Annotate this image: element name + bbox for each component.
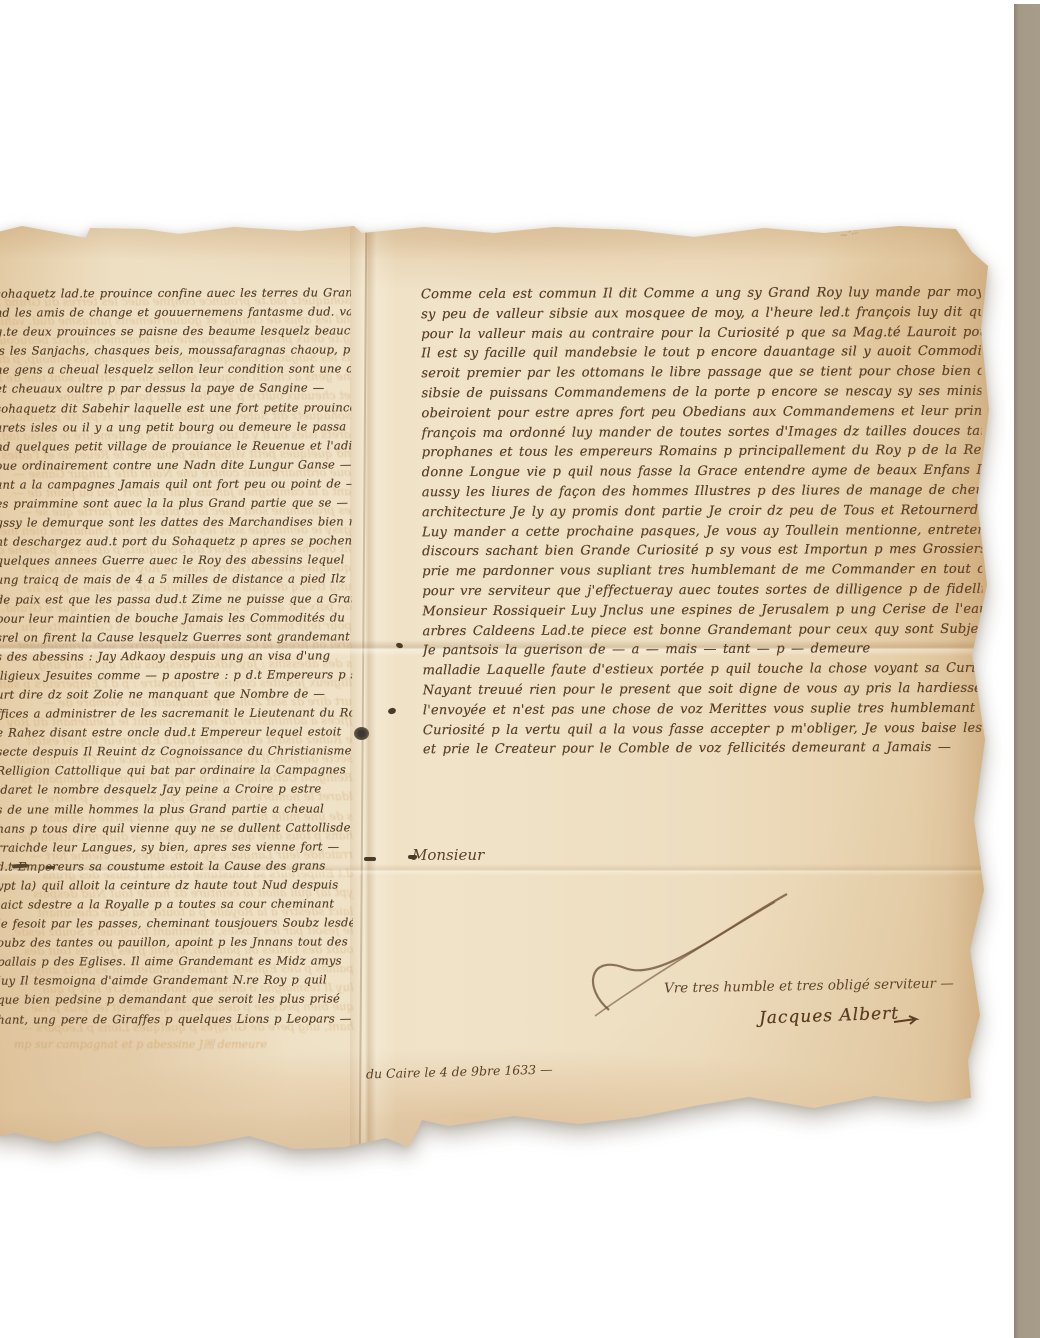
manuscript-line: Nayant treuué rien pour le present que s… [423,679,983,701]
manuscript-line: discours sachant bien Grande Curiosité p… [422,540,982,562]
left-page-text-column: sohaquetz lad.te prouince confine auec l… [0,283,353,1029]
manuscript-line: es praimmine sont auec la la plus Grand … [0,493,351,513]
manuscript-line: nd les amis de change et gouuernemens fa… [0,302,351,322]
manuscript-line: aussy les liures de façon des hommes Ill… [422,481,982,503]
manuscript-line: rraichde leur Langues, sy bien, apres se… [0,837,353,857]
manuscript-line: le fesoit par les passes, cheminant tous… [0,913,353,933]
manuscript-line: srel on firent la Cause lesquelz Guerres… [0,627,352,647]
manuscript-line: s des abessins : Jay Adkaoy despuis ung … [0,646,352,666]
manuscript-line: ne gens a cheual lesquelz sellon leur co… [0,360,351,380]
manuscript-line: pour la valleur mais au contraire pour l… [421,322,981,344]
pen-flourish-paraph [579,888,809,1018]
signature: Jacques Albert [759,1004,900,1029]
manuscript-sheet: sohaquetz lad.te prouince confine auec l… [0,0,996,1170]
manuscript-line: Monsieur Rossiqueir Luy Jnclus une espin… [422,600,982,622]
signature-flourish-arrow [892,1014,922,1028]
manuscript-line: nd quelques petit village de prouiance l… [0,436,351,456]
manuscript-line: nt deschargez aud.t port du Sohaquetz p … [0,532,352,552]
corner-pencil-marks: ~ʼ·ᵕ̈ [839,225,891,248]
manuscript-line: hant, ung pere de Giraffes p quelques Li… [0,1009,353,1029]
manuscript-line: Comme cela est commun Il dit Comme a ung… [421,283,981,305]
manuscript-line: oue ordinairement contre une Nadn dite L… [0,455,351,475]
manuscript-line: sohaquetz dit Sabehir laquelle est une f… [0,398,351,418]
manuscript-line: luy Il tesmoigna d'aimde Grandemant N.re… [0,971,353,991]
manuscript-line: ldaret le nombre desquelz Jay peine a Cr… [0,780,352,800]
manuscript-line: Curiosité p la vertu quil a la vous fass… [423,718,983,740]
ink-dash [364,857,376,861]
manuscript-line: quelques annees Guerre auec le Roy des a… [0,551,352,571]
manuscript-line: pour vre serviteur que j'effectueray aue… [422,580,982,602]
manuscript-line: arbres Caldeens Lad.te piece est bonne G… [422,619,982,641]
manuscript-line: et prie le Createur pour le Comble de vo… [423,738,983,760]
manuscript-line: donne Longue vie p quil nous fasse la Gr… [422,461,982,483]
manuscript-line: que bien pedsine p demandant que seroit … [0,990,353,1010]
manuscript-line: l'envoyée et n'est pas une chose de voz … [423,699,983,721]
manuscript-line: prie me pardonner vous supliant tres hum… [422,560,982,582]
manuscript-line: lligieux Jesuites comme — p apostre : p … [0,665,352,685]
manuscript-line: obeiroient pour estre apres fort peu Obe… [421,402,981,424]
manuscript-line: Relligion Cattollique qui bat par ordina… [0,761,352,781]
manuscript-line: de paix est que les passa dud.t Zime ne … [0,589,352,609]
manuscript-line: sohaquetz lad.te prouince confine auec l… [0,283,351,303]
manuscript-line: gssy le demurque sont les dattes des Mar… [0,513,352,533]
filing-hole [354,727,369,740]
manuscript-line: oubz des tantes ou pauillon, apoint p le… [0,933,353,953]
manuscript-line: secte despuis Il Reuint dz Cognoissance … [0,742,352,762]
manuscript-line: g.te deux prouinces se paisne des beaume… [0,322,351,342]
manuscript-line: prophanes et tous les empereurs Romains … [422,441,982,463]
manuscript-line: is les Sanjachs, chasques beis, moussafa… [0,341,351,361]
manuscript-line: s de une mille hommes la plus Grand part… [0,799,353,819]
ink-dash [46,866,55,869]
manuscript-line: Luy mander a cette prochaine pasques, Je… [422,520,982,542]
manuscript-line: ypt la) quil alloit la ceinture dz haute… [0,875,353,895]
paper-fiber [946,215,976,235]
manuscript-line: hans p tous dire quil vienne quy ne se d… [0,818,353,838]
manuscript-line: arets isles ou il y a ung petit bourg ou… [0,417,351,437]
right-page-text-column: Comme cela est commun Il dit Comme a ung… [421,283,983,761]
manuscript-line: françois ma ordonné luy mander de toutes… [422,421,982,443]
manuscript-line: et cheuaux oultre p par dessus la paye d… [0,379,351,399]
manuscript-sheet-wrapper: sohaquetz lad.te prouince confine auec l… [0,0,1040,1338]
manuscript-line: Il est sy facille quil mandebsie le tout… [421,342,981,364]
manuscript-line: ffices a administrer de les sacremanit l… [0,703,352,723]
manuscript-line: ung traicq de mais de 4 a 5 milles de di… [0,570,352,590]
ink-dash [408,855,417,859]
manuscript-line: sibsie de puissans Commandemens de la po… [421,382,981,404]
manuscript-line: malladie Laquelle faute d'estieux portée… [423,659,983,681]
salutation: Monsieur [412,846,484,864]
manuscript-line: ant a la campagnes Jamais quil ont fort … [0,474,351,494]
catalog-photo-background: sohaquetz lad.te prouince confine auec l… [0,0,1040,1338]
manuscript-line: architecture Je ly ay promis dont partie… [422,501,982,523]
manuscript-line: sy peu de valleur sibsie aux mosquee de … [421,303,981,325]
manuscript-line: Je pantsois la guerison de — a — mais — … [423,639,983,661]
manuscript-line: urt dire dz soit Zolie ne manquant que N… [0,684,352,704]
manuscript-line: seroit premier par les ottomans le libre… [421,362,981,384]
manuscript-line: pour leur maintien de bouche Jamais les … [0,608,352,628]
manuscript-line: pallais p des Eglises. Il aime Grandeman… [0,952,353,972]
ghost-offset-line: mp sur campagnat et p abessine J囲 demeur… [14,1036,314,1052]
manuscript-line: laict sdestre a la Royalle p a toutes sa… [0,894,353,914]
manuscript-line: e Rahez disant estre oncle dud.t Empereu… [0,723,352,743]
